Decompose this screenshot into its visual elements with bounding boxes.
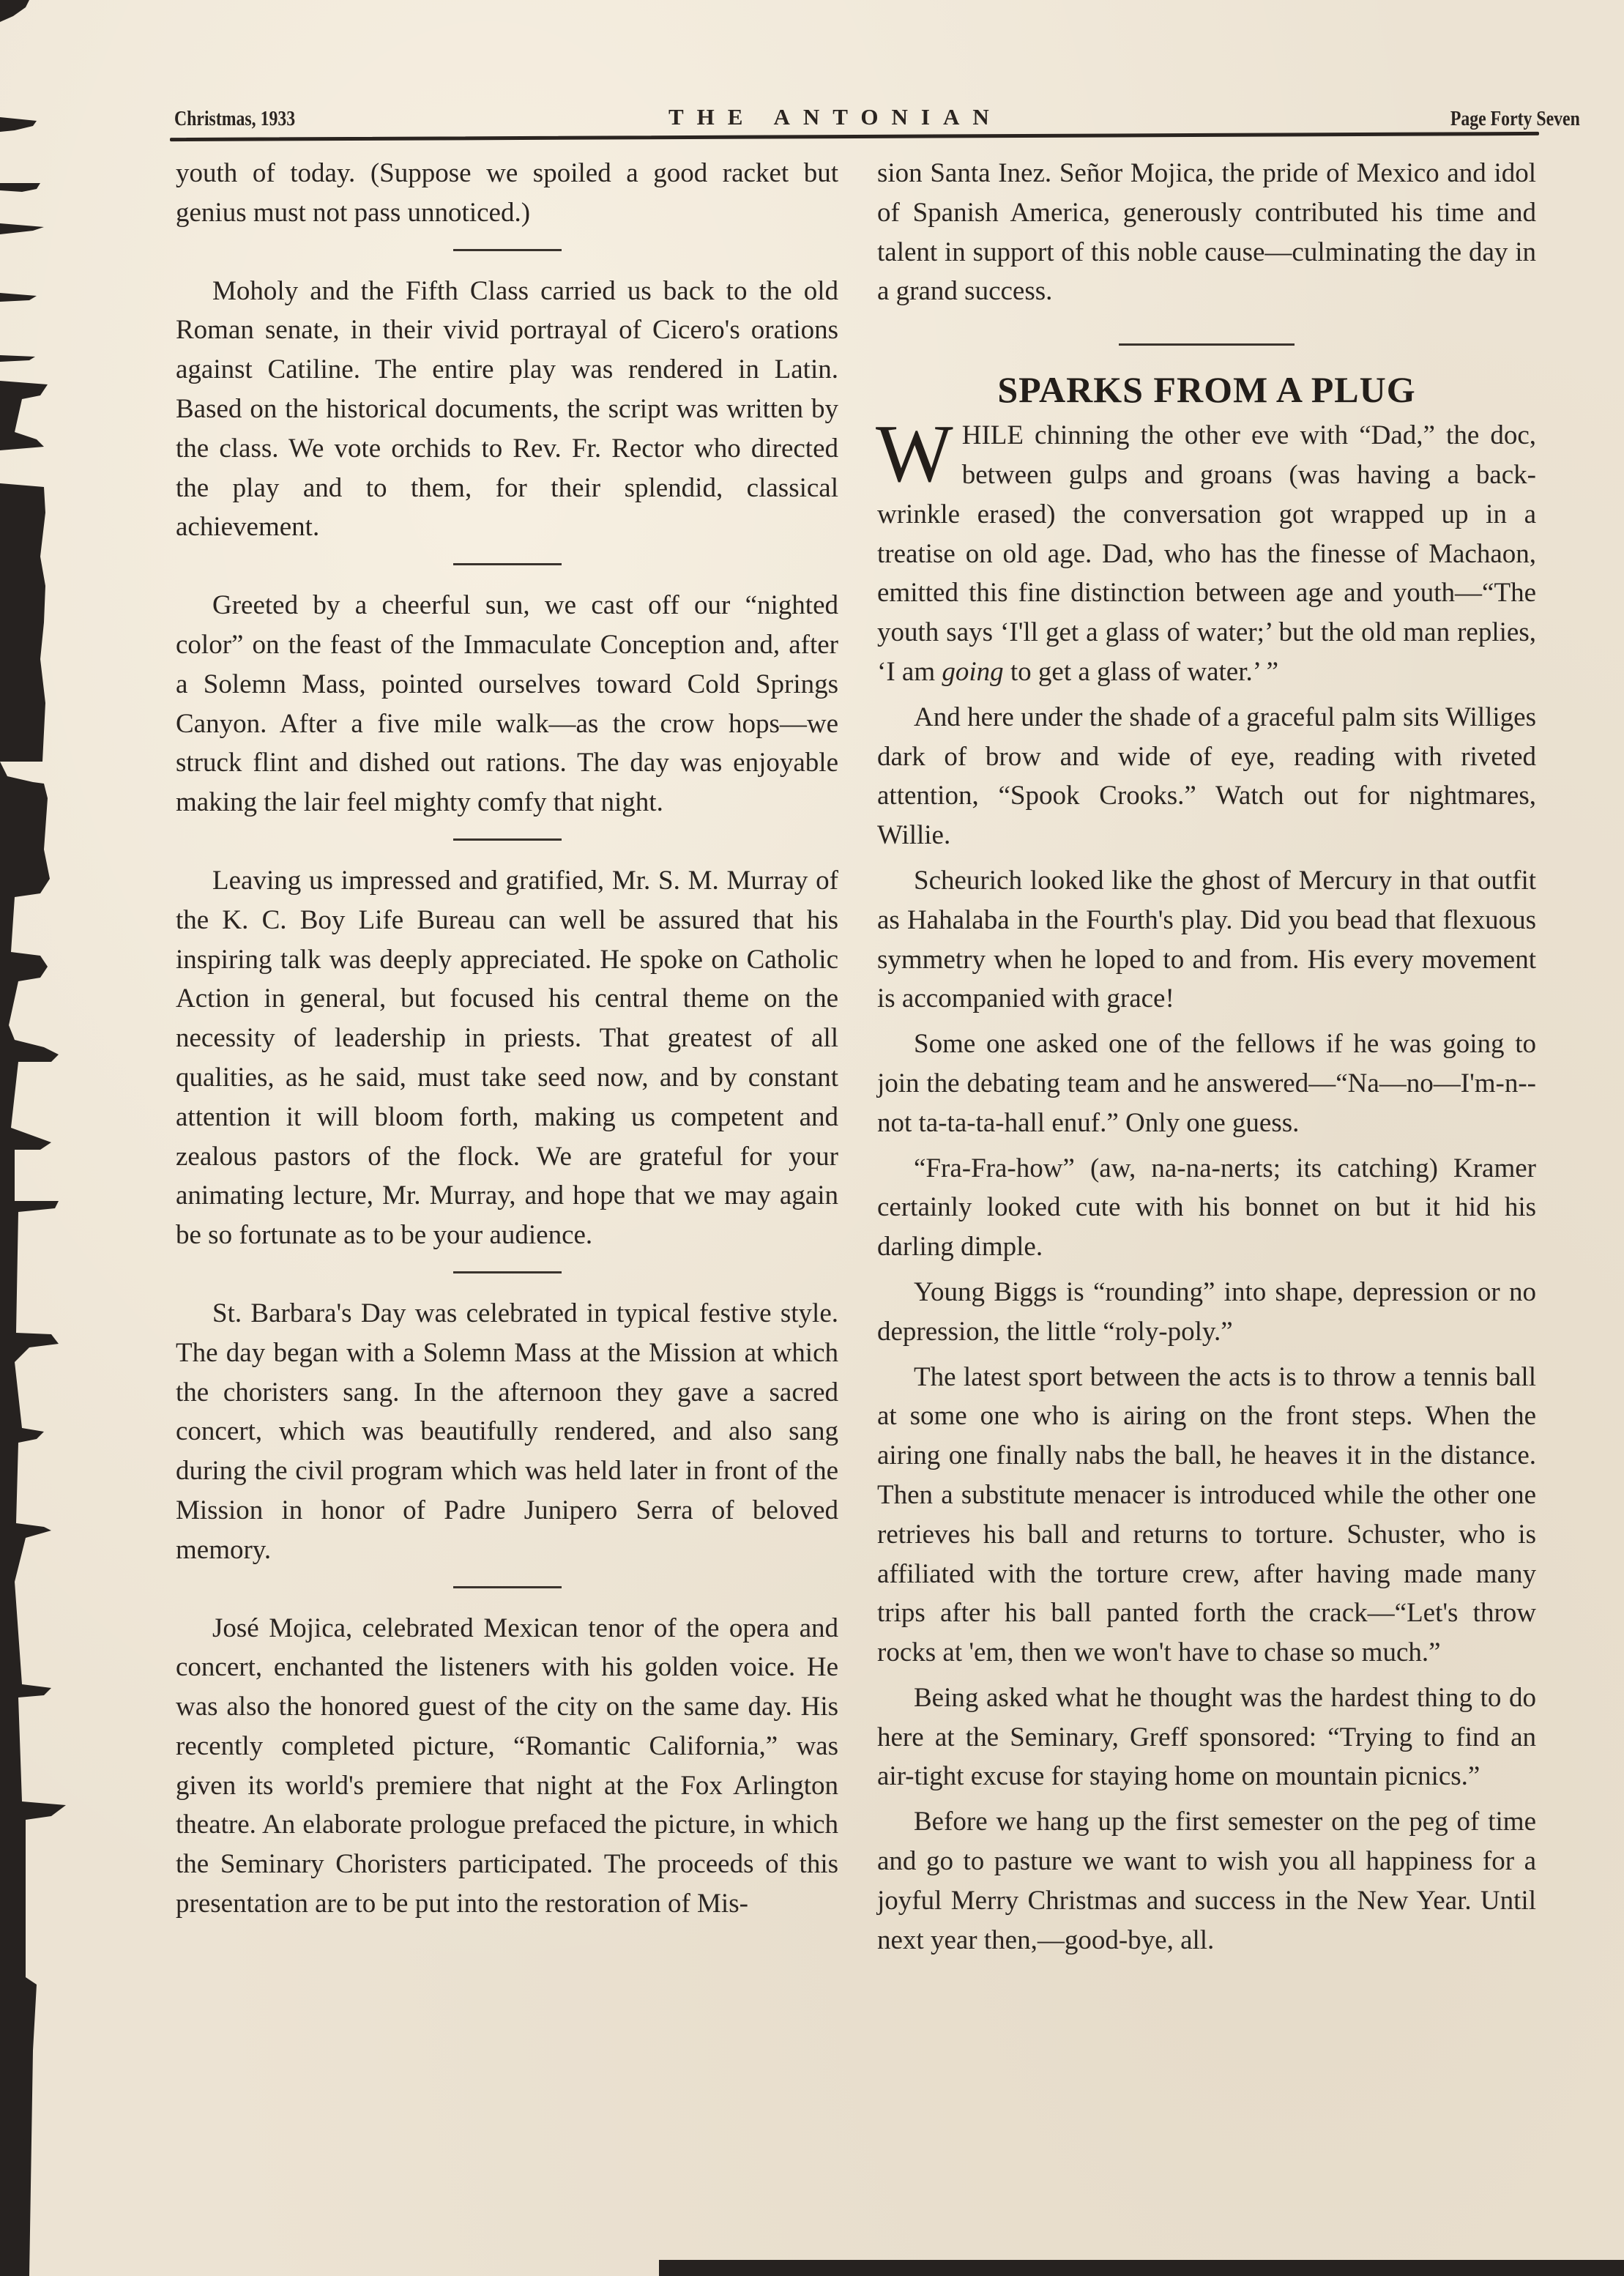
article-headline: SPARKS FROM A PLUG — [877, 366, 1536, 413]
page-number: Page Forty Seven — [1450, 107, 1580, 131]
section-divider — [453, 563, 562, 565]
torn-binding-edge — [0, 0, 66, 2276]
paragraph-farewell: Before we hang up the first semester on … — [877, 1802, 1536, 1960]
publication-title: THE ANTONIAN — [668, 104, 1002, 130]
paragraph-cold-springs-hike: Greeted by a cheerful sun, we cast off o… — [176, 586, 838, 822]
paragraph-mojica-continuation: sion Santa Inez. Señor Mojica, the pride… — [877, 154, 1536, 311]
section-divider — [453, 1586, 562, 1588]
section-divider — [1119, 343, 1295, 346]
paragraph-greff: Being asked what he thought was the hard… — [877, 1678, 1536, 1796]
paragraph-scheurich: Scheurich looked like the ghost of Mercu… — [877, 861, 1536, 1019]
magazine-page: Christmas, 1933 THE ANTONIAN Page Forty … — [0, 0, 1624, 2276]
paragraph-tennis-ball: The latest sport between the acts is to … — [877, 1358, 1536, 1673]
paragraph-continuation: youth of today. (Suppose we spoiled a go… — [176, 154, 838, 233]
paragraph-dad-anecdote: WHILE chinning the other eve with “Dad,”… — [877, 416, 1536, 692]
left-column: youth of today. (Suppose we spoiled a go… — [176, 154, 838, 1924]
paragraph-williges: And here under the shade of a graceful p… — [877, 698, 1536, 855]
section-divider — [453, 249, 562, 251]
bottom-binding-edge — [659, 2260, 1624, 2276]
paragraph-murray-lecture: Leaving us impressed and gratified, Mr. … — [176, 861, 838, 1255]
right-column: sion Santa Inez. Señor Mojica, the pride… — [877, 154, 1536, 1960]
paragraph-jose-mojica: José Mojica, celebrated Mexican tenor of… — [176, 1609, 838, 1924]
paragraph-fifth-class-play: Moholy and the Fifth Class carried us ba… — [176, 272, 838, 548]
paragraph-young-biggs: Young Biggs is “rounding” into shape, de… — [877, 1273, 1536, 1352]
drop-cap: W — [876, 420, 953, 488]
section-divider — [453, 1271, 562, 1273]
paragraph-st-barbara-day: St. Barbara's Day was celebrated in typi… — [176, 1294, 838, 1570]
running-header: Christmas, 1933 THE ANTONIAN Page Forty … — [174, 101, 1536, 135]
paragraph-debating-team: Some one asked one of the fellows if he … — [877, 1024, 1536, 1142]
paragraph-kramer: “Fra-Fra-how” (aw, na-na-nerts; its catc… — [877, 1149, 1536, 1267]
section-divider — [453, 838, 562, 841]
issue-date: Christmas, 1933 — [174, 107, 295, 131]
